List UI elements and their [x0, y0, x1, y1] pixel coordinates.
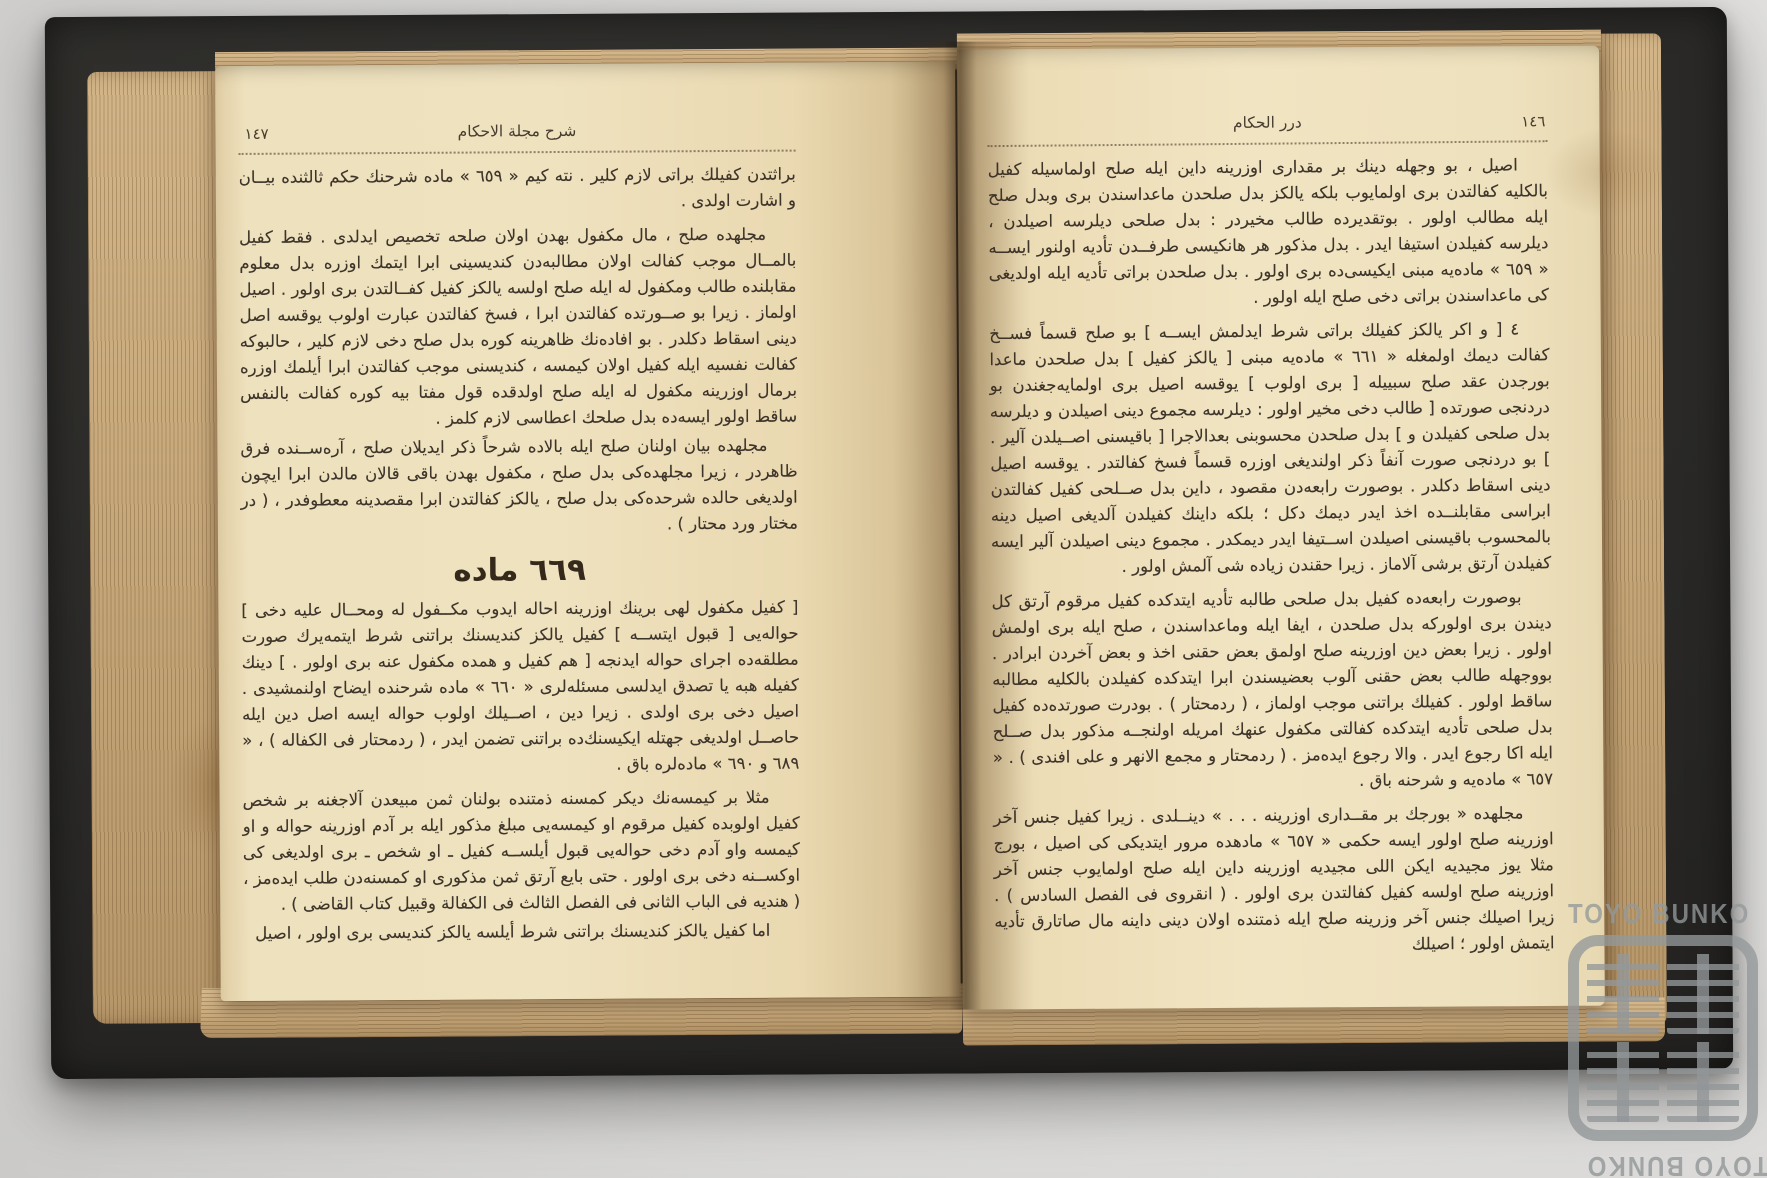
watermark-text-bottom: TOYO BUNKO: [1568, 1149, 1767, 1178]
page-stack-right: [1597, 33, 1667, 1025]
left-header-rule: [239, 150, 796, 155]
left-paragraph-4: [ كفيل مكفول لهى برينك اوزرينه احاله ايد…: [241, 595, 799, 780]
page-stack-left: [87, 71, 235, 1024]
left-page-text-column: ١٤٧ شرح مجلة الاحكام براثتدن كفيلك براتى…: [238, 121, 800, 947]
right-paragraph-4: مجلهده « بورجك بر مقــدارى اوزرينه . . .…: [993, 800, 1554, 961]
right-paragraph-3: بوصورت رابعه‌ده كفيل بدل صلحى طالبه تأدي…: [991, 584, 1553, 797]
right-page-number: ١٤٦: [1521, 112, 1545, 130]
left-paragraph-3: مجلهده بيان اولنان صلح ايله بالاده شرحاً…: [240, 433, 798, 540]
left-page-header: ١٤٧ شرح مجلة الاحكام: [238, 121, 795, 150]
right-page: درر الحكام ١٤٦ اصيل ، بو وجهله دينك بر م…: [957, 46, 1605, 1010]
right-paragraph-2: ٤ [ و اكر يالكز كفيلك براتى شرط ايدلمش ا…: [989, 316, 1551, 581]
left-paragraph-2: مجلهده صلح ، مال مكفول بهدن اولان صلحه ت…: [239, 222, 797, 433]
book: ١٤٧ شرح مجلة الاحكام براثتدن كفيلك براتى…: [45, 7, 1733, 1079]
left-paragraph-6: اما كفيل يالكز كنديسنك براتنى شرط أيلسه …: [243, 918, 800, 947]
left-paragraph-1: براثتدن كفيلك براتى لازم كلير . نته كيم …: [239, 162, 796, 217]
article-heading-669: ٦٦٩ ماده: [241, 551, 798, 590]
right-paragraph-1: اصيل ، بو وجهله دينك بر مقدارى اوزرينه د…: [988, 152, 1549, 313]
left-paragraph-5: مثلا بر كيمسه‌نك ديكر كمسنه ذمتنده بولنا…: [242, 785, 800, 918]
photo-scene: ١٤٧ شرح مجلة الاحكام براثتدن كفيلك براتى…: [0, 0, 1767, 1178]
left-page-title: شرح مجلة الاحكام: [238, 121, 795, 142]
right-page-text-column: درر الحكام ١٤٦ اصيل ، بو وجهله دينك بر م…: [987, 111, 1554, 961]
right-page-title: درر الحكام: [987, 111, 1547, 134]
left-page: ١٤٧ شرح مجلة الاحكام براثتدن كفيلك براتى…: [215, 62, 961, 1002]
right-page-header: درر الحكام ١٤٦: [987, 111, 1547, 142]
